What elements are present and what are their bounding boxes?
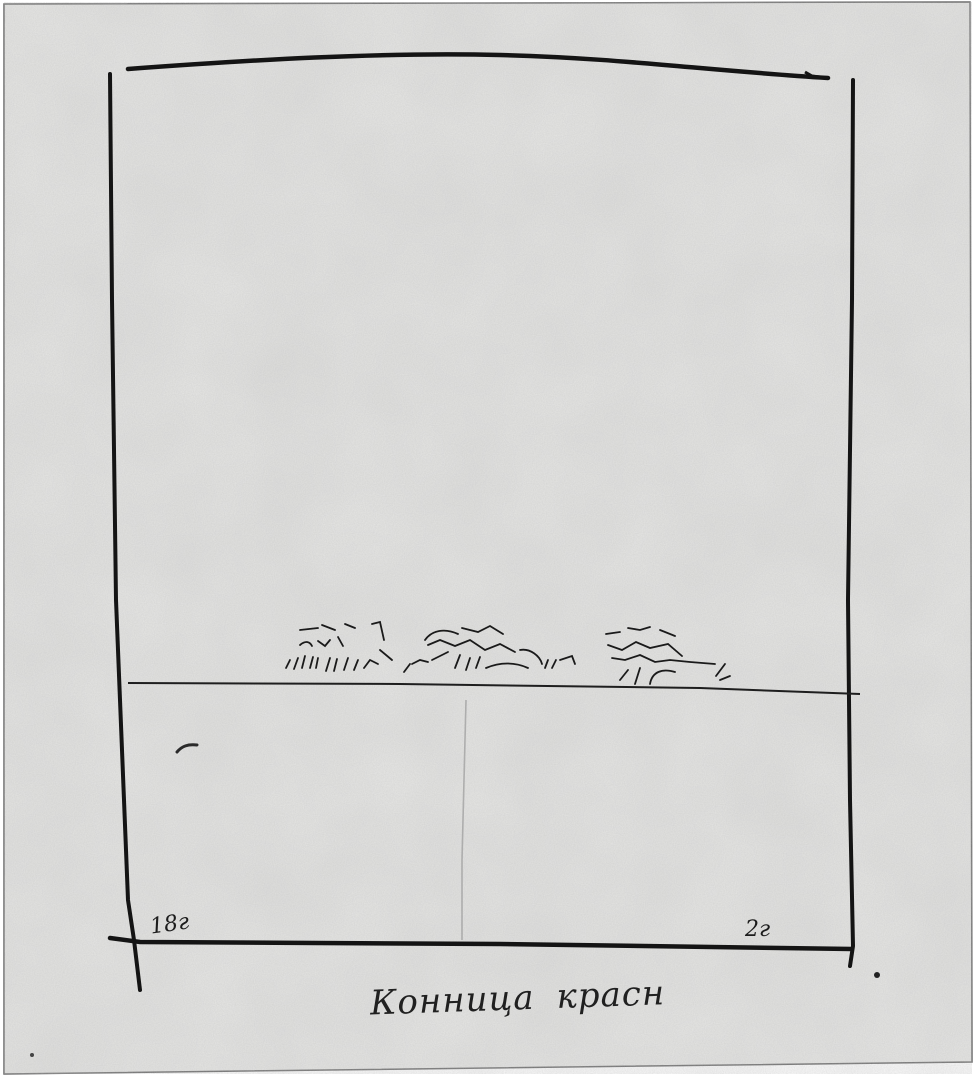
sketch-drawing [0, 0, 974, 1077]
paper-sheet: 18г 2г Конницакрасн [0, 0, 974, 1077]
corner-annotation-right: 2г [745, 917, 770, 942]
paper-background [4, 2, 972, 1074]
caption-word-2: красн [556, 973, 666, 1017]
caption-word-1: Конница [369, 978, 535, 1024]
ink-speck [874, 972, 880, 978]
